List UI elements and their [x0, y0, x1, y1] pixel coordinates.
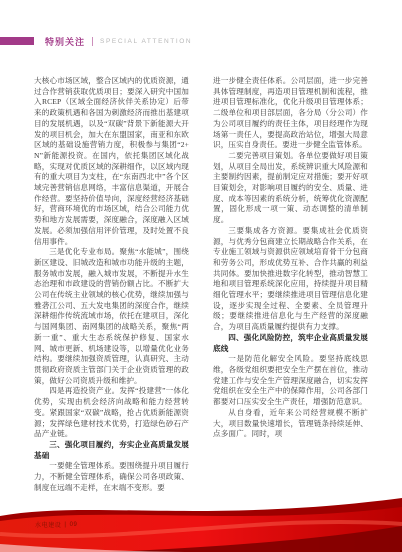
paragraph: 二要完善项目策划。各单位要做好项目策划，从项目全局出发，系统辨识重大风险源和主要…	[213, 151, 368, 226]
section-title-chinese: 特别关注	[45, 35, 85, 48]
text-column-left: 大核心市场区域，整合区域内的优质资源，通过合作营销获取优质项目；要深入研究中国加…	[34, 76, 189, 493]
magazine-page: { "header": { "accent_color": "#a23a88",…	[0, 0, 402, 552]
paragraph: 三是优化专业布局。聚焦“水能城”，围绕新区建设、旧城改造和城市功能升级的主题，服…	[34, 247, 189, 386]
article-body: 大核心市场区域，整合区域内的优质资源，通过合作营销获取优质项目；要深入研究中国加…	[34, 76, 368, 493]
page-number: 09	[70, 522, 78, 528]
text-column-right: 进一步健全责任体系。公司层面，进一步完善具体管理制度，再造项目管理机制和流程，推…	[213, 76, 368, 493]
section-title-english: SPECIAL ATTENTION	[100, 38, 192, 45]
paragraph: 进一步健全责任体系。公司层面，进一步完善具体管理制度，再造项目管理机制和流程，推…	[213, 76, 368, 151]
section-heading: 三、强化项目履约，夯实企业高质量发展基础	[34, 440, 189, 461]
page-header: 特别关注 SPECIAL ATTENTION	[0, 35, 402, 47]
header-divider	[92, 37, 93, 46]
section-heading: 四、强化风险防控，筑牢企业高质量发展底线	[213, 333, 368, 354]
paragraph: 大核心市场区域，整合区域内的优质资源，通过合作营销获取优质项目；要深入研究中国加…	[34, 76, 189, 247]
paragraph: 三要集成各方资源。要集成社会优质资源，与优秀分包商建立长期战略合作关系，在专业施…	[213, 226, 368, 333]
paragraph: 一是防范化解安全风险。要坚持底线思维，各级党组织要把安全生产摆在首位，推动党建工…	[213, 354, 368, 408]
paragraph: 从自身看，近年来公司经营规模不断扩大，项目数量快速增长，管理链条持续延伸、点多面…	[213, 408, 368, 440]
paragraph: 四是再造投资产业。发挥“投建营”一体化优势，实现由机会经济向战略和能力经营转变。…	[34, 386, 189, 440]
journal-name: 水电建设	[35, 520, 61, 529]
footer-page-label: 水电建设 | 09	[35, 520, 77, 529]
footer-label-divider: |	[64, 522, 66, 528]
header-accent-bar	[0, 37, 34, 45]
paragraph: 一要健全管理体系。要围绕提升项目履行力，不断健全管理体系，确保公司各项政策、制度…	[34, 461, 189, 493]
